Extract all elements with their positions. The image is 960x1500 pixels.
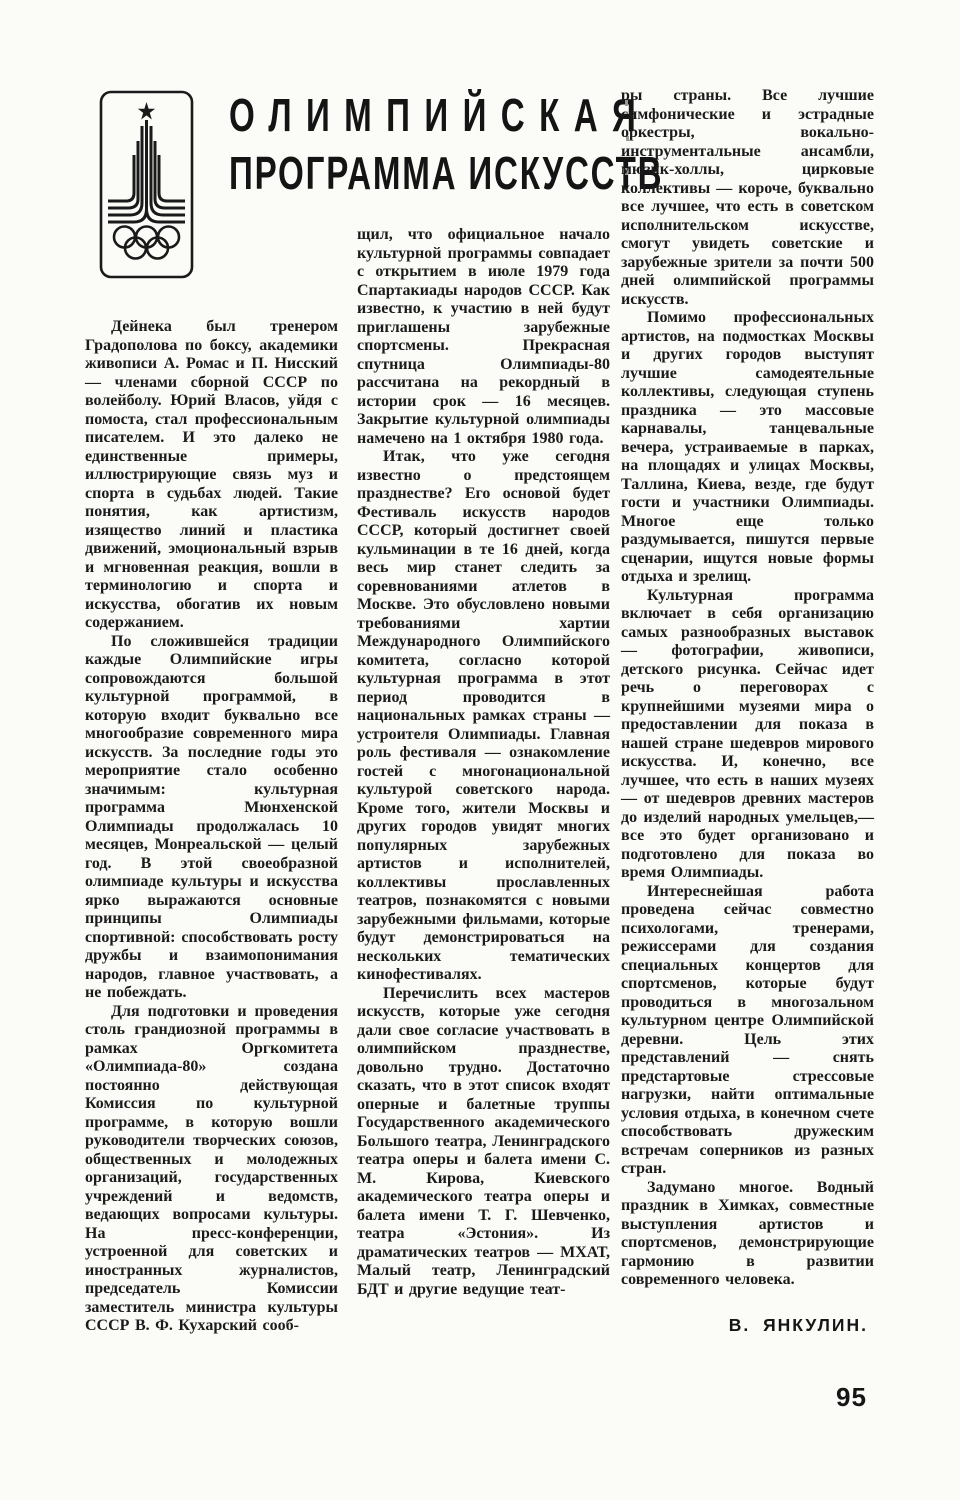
olympic-rings-icon xyxy=(114,227,179,259)
paragraph: Перечислить всех мастеров искусств, кото… xyxy=(357,985,610,1300)
magazine-page-scan: ОЛИМПИЙСКАЯ ПРОГРАММА ИСКУССТВ Дейнека б… xyxy=(0,0,960,1500)
paragraph: Интереснейшая работа проведена сейчас со… xyxy=(621,883,874,1179)
paragraph: ры страны. Все лучшие симфонические и эс… xyxy=(621,87,874,309)
paragraph: Помимо профессиональных артистов, на под… xyxy=(621,309,874,587)
page-number: 95 xyxy=(836,1382,867,1413)
paragraph: Итак, что уже сегодня известно о предсто… xyxy=(357,448,610,985)
paragraph: Дейнека был тренером Градополова по бокс… xyxy=(85,318,338,633)
page-title-line2: ПРОГРАММА ИСКУССТВ xyxy=(229,150,663,196)
paragraph: Для подготовки и проведения столь гранди… xyxy=(85,1003,338,1336)
article-column-1: Дейнека был тренером Градополова по бокс… xyxy=(85,318,338,1336)
star-icon xyxy=(138,102,155,120)
tower-lines-icon xyxy=(108,120,185,222)
paragraph: Культурная программа включает в себя орг… xyxy=(621,587,874,883)
article-column-2: щил, что официальное начало культурной п… xyxy=(357,226,610,1299)
paragraph: По сложившейся традиции каждые Олимпийск… xyxy=(85,633,338,1003)
moscow-80-logo xyxy=(98,89,195,280)
column-3-paragraphs: ры страны. Все лучшие симфонические и эс… xyxy=(621,87,874,1290)
paragraph: Задумано многое. Водный праздник в Химка… xyxy=(621,1179,874,1290)
article-column-3: ры страны. Все лучшие симфонические и эс… xyxy=(621,87,874,1334)
page-title-line1: ОЛИМПИЙСКАЯ xyxy=(229,92,650,138)
paragraph: щил, что официальное начало культурной п… xyxy=(357,226,610,448)
byline: В. ЯНКУЛИН. xyxy=(621,1316,874,1335)
